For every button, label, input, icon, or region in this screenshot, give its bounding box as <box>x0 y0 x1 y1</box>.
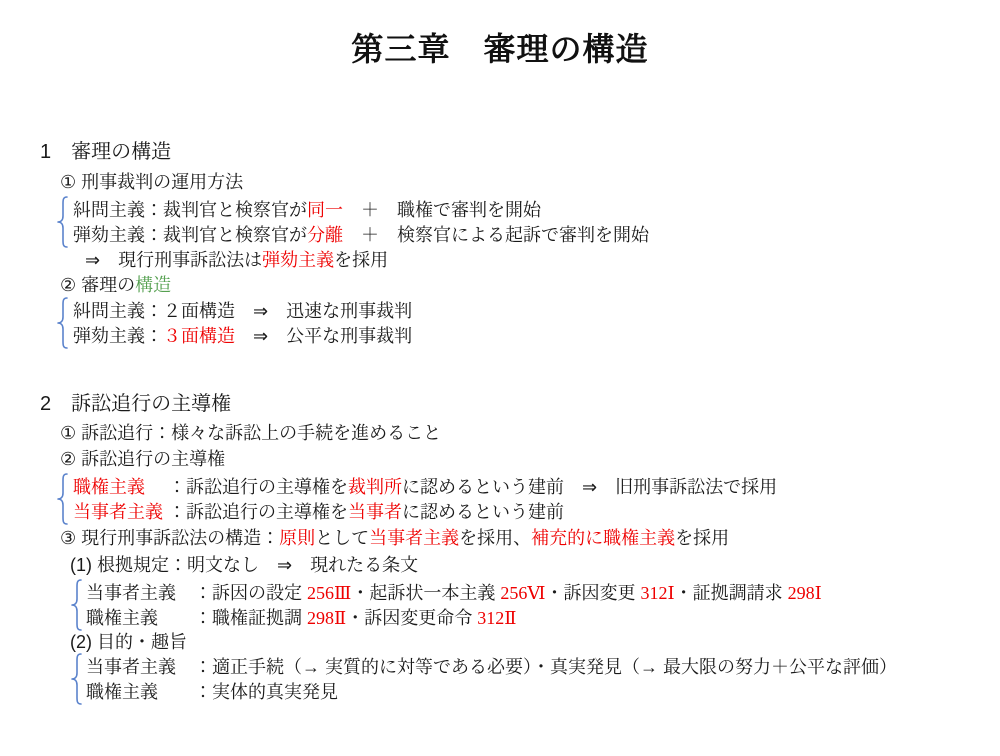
text-segment: ：訴訟追行の主導権を <box>163 502 348 522</box>
section-1-item-2: ② 審理の構造 <box>60 273 171 298</box>
text-segment: として <box>315 528 369 548</box>
text-segment: 補充的に職権主義 <box>531 528 675 548</box>
text-segment: 原則 <box>279 528 315 548</box>
section-2-item-2: ② 訴訟追行の主導権 <box>60 447 225 472</box>
text-segment: 当事者 <box>348 502 402 522</box>
text-segment: ３面構造 <box>163 326 235 346</box>
line-dangai-kozo: 弾劾主義：３面構造 ⇒ 公平な刑事裁判 <box>73 324 412 349</box>
text-segment: 1 審理の構造 <box>40 141 171 163</box>
line-konkyo-kitei: (1) 根拠規定：明文なし ⇒ 現れたる条文 <box>70 553 418 578</box>
text-segment: ② 審理の <box>60 275 135 295</box>
text-segment: ① 刑事裁判の運用方法 <box>60 172 243 192</box>
text-segment: 職権主義 <box>73 477 145 497</box>
text-segment: 当事者主義 <box>369 528 459 548</box>
text-segment: ＋ 検察官による起訴で審判を開始 <box>343 225 649 245</box>
text-segment: ・訴因変更命令 <box>346 608 477 628</box>
text-segment: に認めるという建前 <box>402 502 564 522</box>
text-segment: ：訴訟追行の主導権を <box>145 477 348 497</box>
text-segment: を採用 <box>675 528 729 548</box>
text-segment: 256Ⅲ <box>307 583 351 603</box>
text-segment: 分離 <box>307 225 343 245</box>
text-segment: ⇒ 現行刑事訴訟法は <box>85 250 262 270</box>
line-kyumon-kozo: 糾問主義：２面構造 ⇒ 迅速な刑事裁判 <box>73 299 412 324</box>
line-shokken-mokuteki: 職権主義 ：実体的真実発見 <box>86 680 338 705</box>
text-segment: ⇒ 公平な刑事裁判 <box>235 326 412 346</box>
left-brace-group-3 <box>56 473 70 525</box>
text-segment: 312Ⅰ <box>641 583 675 603</box>
text-segment: 弾劾主義：裁判官と検察官が <box>73 225 307 245</box>
section-1-item-1: ① 刑事裁判の運用方法 <box>60 170 243 195</box>
left-brace-group-2 <box>56 297 70 349</box>
text-segment: ・起訴状一本主義 <box>351 583 500 603</box>
text-segment: ・証拠調請求 <box>675 583 788 603</box>
text-segment: 職権主義 ：職権証拠調 <box>86 608 307 628</box>
text-segment: 糾問主義：裁判官と検察官が <box>73 200 307 220</box>
line-conclusion-dangai: ⇒ 現行刑事訴訟法は弾劾主義を採用 <box>85 248 388 273</box>
line-mokuteki-shushi: (2) 目的・趣旨 <box>70 630 187 655</box>
document-page: 第三章 審理の構造 1 審理の構造 ① 刑事裁判の運用方法 糾問主義：裁判官と検… <box>0 0 1000 756</box>
text-segment: に認めるという建前 ⇒ 旧刑事訴訟法で採用 <box>402 477 777 497</box>
line-tojisha-mokuteki: 当事者主義 ：適正手続（→ 実質的に対等である必要）・真実発見（→ 最大限の努力… <box>86 655 897 680</box>
section-2-item-1: ① 訴訟追行：様々な訴訟上の手続を進めること <box>60 421 441 446</box>
text-segment: ① 訴訟追行：様々な訴訟上の手続を進めること <box>60 423 441 443</box>
line-dangai-unyo: 弾劾主義：裁判官と検察官が分離 ＋ 検察官による起訴で審判を開始 <box>73 223 649 248</box>
text-segment: 糾問主義：２面構造 ⇒ 迅速な刑事裁判 <box>73 301 412 321</box>
text-segment: 256Ⅵ <box>500 583 545 603</box>
text-segment: 裁判所 <box>348 477 402 497</box>
line-tojisha-jobun: 当事者主義 ：訴因の設定 256Ⅲ・起訴状一本主義 256Ⅵ・訴因変更 312Ⅰ… <box>86 581 822 606</box>
section-2-heading: 2 訴訟追行の主導権 <box>40 392 231 417</box>
text-segment: ③ 現行刑事訴訟法の構造： <box>60 528 279 548</box>
line-kyumon-unyo: 糾問主義：裁判官と検察官が同一 ＋ 職権で審判を開始 <box>73 198 541 223</box>
text-segment: 298Ⅰ <box>788 583 822 603</box>
line-shokken-jobun: 職権主義 ：職権証拠調 298Ⅱ・訴因変更命令 312Ⅱ <box>86 606 516 631</box>
line-shokken-shugi: 職権主義 ：訴訟追行の主導権を裁判所に認めるという建前 ⇒ 旧刑事訴訟法で採用 <box>73 475 777 500</box>
text-segment: 職権主義 ：実体的真実発見 <box>86 682 338 702</box>
text-segment: 同一 <box>307 200 343 220</box>
text-segment: 298Ⅱ <box>307 608 346 628</box>
text-segment: 弾劾主義： <box>73 326 163 346</box>
text-segment: 当事者主義 ：適正手続（→ 実質的に対等である必要）・真実発見（→ 最大限の努力… <box>86 657 897 677</box>
line-tojisha-shugi: 当事者主義 ：訴訟追行の主導権を当事者に認めるという建前 <box>73 500 564 525</box>
text-segment: 構造 <box>135 275 171 295</box>
text-segment: 当事者主義 ：訴因の設定 <box>86 583 307 603</box>
text-segment: 当事者主義 <box>73 502 163 522</box>
text-segment: ・訴因変更 <box>545 583 640 603</box>
text-segment: ＋ 職権で審判を開始 <box>343 200 541 220</box>
left-brace-group-1 <box>56 196 70 248</box>
text-segment: を採用 <box>334 250 388 270</box>
left-brace-group-4 <box>70 579 84 631</box>
text-segment: (2) 目的・趣旨 <box>70 632 187 652</box>
section-1-heading: 1 審理の構造 <box>40 140 171 165</box>
left-brace-group-5 <box>70 653 84 705</box>
text-segment: を採用、 <box>459 528 531 548</box>
text-segment: 弾劾主義 <box>262 250 334 270</box>
text-segment: 2 訴訟追行の主導権 <box>40 393 231 415</box>
page-title: 第三章 審理の構造 <box>0 24 1000 70</box>
text-segment: 312Ⅱ <box>477 608 516 628</box>
text-segment: (1) 根拠規定：明文なし ⇒ 現れたる条文 <box>70 555 418 575</box>
section-2-item-3: ③ 現行刑事訴訟法の構造：原則として当事者主義を採用、補充的に職権主義を採用 <box>60 526 729 551</box>
text-segment: ② 訴訟追行の主導権 <box>60 449 225 469</box>
